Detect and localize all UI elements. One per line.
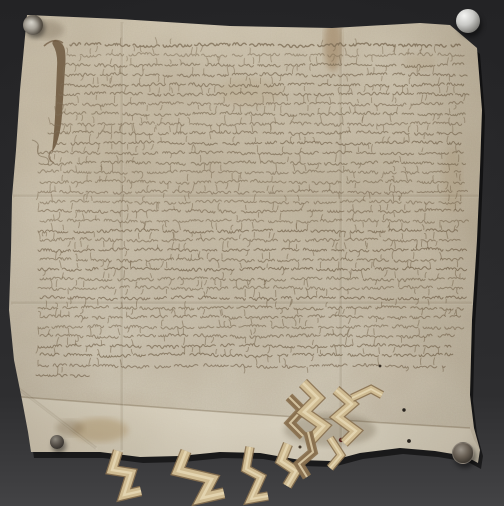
manuscript-line bbox=[50, 122, 466, 127]
manuscript-line bbox=[56, 111, 471, 116]
decorated-initial bbox=[52, 40, 66, 152]
manuscript-line-strokes bbox=[37, 144, 456, 159]
manuscript-ink-layer bbox=[0, 0, 504, 506]
stain bbox=[284, 414, 376, 446]
manuscript-line bbox=[38, 248, 470, 253]
manuscript-line bbox=[40, 334, 460, 339]
manuscript-line bbox=[38, 306, 466, 311]
manuscript-line bbox=[38, 267, 471, 272]
speck bbox=[299, 446, 302, 449]
manuscript-line bbox=[54, 141, 464, 146]
manuscript-line bbox=[36, 374, 93, 377]
manuscript-line bbox=[40, 296, 471, 301]
speck bbox=[402, 408, 405, 411]
speck bbox=[407, 439, 411, 443]
manuscript-line bbox=[40, 315, 465, 320]
manuscript-line bbox=[40, 179, 470, 184]
speck bbox=[339, 438, 343, 442]
manuscript-line bbox=[38, 364, 448, 369]
manuscript-line bbox=[40, 257, 466, 262]
speck bbox=[379, 365, 382, 368]
manuscript-line-strokes bbox=[54, 346, 438, 363]
manuscript-line bbox=[39, 161, 471, 166]
stain bbox=[32, 21, 64, 39]
manuscript-line bbox=[38, 343, 456, 348]
charter-photograph bbox=[0, 0, 504, 506]
manuscript-line bbox=[38, 190, 471, 195]
manuscript-line-strokes bbox=[56, 251, 458, 267]
manuscript-line bbox=[48, 131, 467, 136]
manuscript-line bbox=[38, 325, 469, 330]
parchment-charter bbox=[0, 0, 504, 506]
manuscript-line bbox=[38, 229, 462, 234]
manuscript-line-strokes bbox=[38, 308, 456, 324]
manuscript-line bbox=[38, 151, 466, 156]
manuscript-line-strokes bbox=[95, 37, 436, 53]
manuscript-line bbox=[70, 43, 465, 48]
manuscript-line-strokes bbox=[61, 164, 457, 179]
manuscript-line bbox=[40, 199, 465, 204]
manuscript-line bbox=[38, 209, 468, 214]
manuscript-line bbox=[40, 277, 470, 282]
manuscript-line bbox=[63, 72, 471, 77]
manuscript-line bbox=[40, 353, 457, 358]
manuscript-line bbox=[38, 286, 468, 291]
manuscript-line-strokes bbox=[38, 357, 443, 373]
manuscript-line bbox=[40, 219, 473, 224]
